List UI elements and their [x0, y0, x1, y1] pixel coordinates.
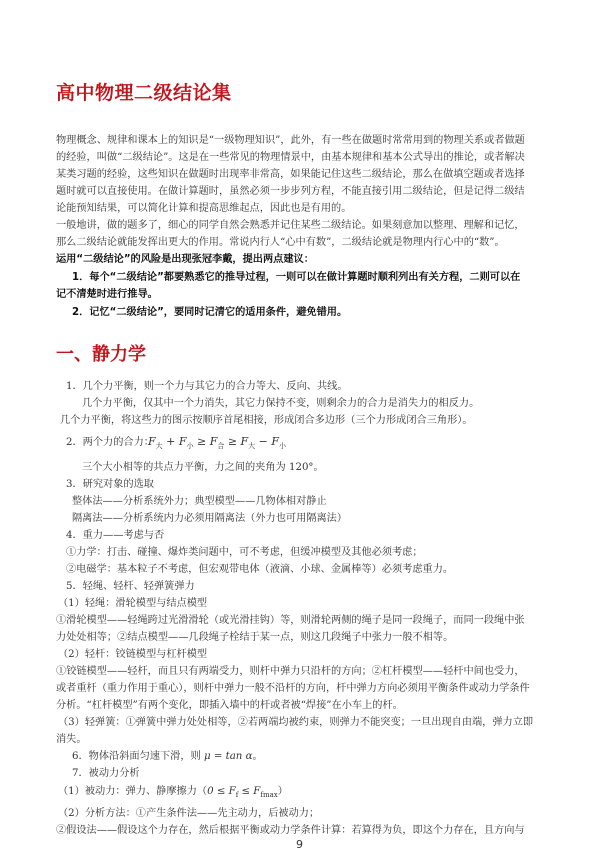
intro-line: 的经验，叫做“二级结论”。这是在一些常见的物理情景中，由基本规律和基本公式导出的…: [56, 149, 525, 166]
item-7c: （2）分析方法：①产生条件法——先主动力，后被动力；: [58, 805, 319, 822]
item-5f: ①铰链模型——轻杆，而且只有两端受力，则杆中弹力只沿杆的方向；②杠杆模型——轻杆…: [56, 663, 525, 680]
item-7a: 7．被动力分析: [72, 765, 140, 782]
advice-item: 1．每个“二级结论”都要熟悉它的推导过程，一则可以在做计算题时顺利列出有关方程，…: [72, 269, 520, 286]
intro-line: 题时就可以直接使用。在做计算题时，虽然必须一步步列方程，不能直接引用二级结论，但…: [56, 183, 525, 200]
item-7d: ②假设法——假设这个力存在，然后根据平衡或动力学条件计算：若算得为负，即这个力存…: [56, 822, 525, 839]
advice-item: 2．记忆“二级结论”，要同时记清它的适用条件，避免错用。: [72, 304, 347, 321]
item-5a: 5．轻绳、轻杆、轻弹簧弹力: [66, 578, 195, 595]
item-4c: ②电磁学：基本粒子不考虑，但宏观带电体（液滴、小球、金属棒等）必须考虑重力。: [66, 561, 453, 578]
advice-heading: 运用“二级结论”的风险是出现张冠李戴，提出两点建议：: [56, 251, 314, 268]
page-number: 9: [296, 838, 303, 848]
intro-line: 那么二级结论就能发挥出更大的作用。常说内行人“心中有数”，二级结论就是物理内行心…: [56, 234, 505, 251]
item-3c: 隔离法——分析系统内力必须用隔离法（外力也可用隔离法）: [72, 510, 347, 527]
item-7b: （1）被动力：弹力、静摩擦力（0 ≤ Ff ≤ Ffmax）: [58, 783, 288, 804]
item-4b: ①力学：打击、碰撞、爆炸类问题中，可不考虑，但缓冲模型及其他必须考虑；: [66, 544, 423, 561]
item-6: 6．物体沿斜面匀速下滑，则 μ = tan α。: [72, 748, 263, 765]
document-title: 高中物理二级结论集: [56, 78, 232, 105]
item-5i: （3）轻弹簧：①弹簧中弹力处处相等，②若两端均被约束，则弹力不能突变；一旦出现自…: [58, 714, 533, 731]
item-5h: 分析。“杠杆模型”有两个变化，即插入墙中的杆或者被“焊接”在小车上的杆。: [56, 697, 403, 714]
item-2b: 三个大小相等的共点力平衡，力之间的夹角为 120°。: [82, 459, 324, 476]
item-3a: 3．研究对象的选取: [66, 476, 154, 493]
section-title: 一、静力学: [56, 340, 146, 366]
item-6-text: 6．物体沿斜面匀速下滑，则: [72, 751, 204, 762]
intro-line: 一般地讲，做的题多了，细心的同学自然会熟悉并记住某些二级结论。如果刻意加以整理、…: [56, 217, 525, 234]
item-1b: 几个力平衡，仅其中一个力消失，其它力保持不变，则剩余力的合力是消失力的相反力。: [82, 395, 479, 412]
item-5j: 消失。: [56, 731, 87, 748]
item-5b: （1）轻绳：滑轮模型与结点模型: [58, 595, 207, 612]
item-7b-formula: 0 ≤ Ff ≤ Ffmax: [207, 786, 278, 797]
item-2-label: 2．两个力的合力：: [66, 434, 154, 451]
item-4a: 4．重力——考虑与否: [66, 527, 164, 544]
item-6-formula: μ = tan α: [204, 751, 252, 762]
item-5g: 或者重杆（重力作用于重心），则杆中弹力一般不沿杆的方向，杆中弹力方向必须用平衡条…: [56, 680, 530, 697]
advice-item-cont: 记不清楚时进行推导。: [56, 286, 158, 303]
item-5d: 力处处相等；②结点模型——几段绳子栓结于某一点，则这几段绳子中张力一般不相等。: [56, 629, 453, 646]
item-1c: 几个力平衡，将这些力的图示按顺序首尾相接，形成闭合多边形（三个力形成闭合三角形）…: [60, 412, 473, 429]
intro-line: 物理概念、规律和课本上的知识是“一级物理知识”，此外，有一些在做题时常常用到的物…: [56, 132, 525, 149]
intro-line: 某类习题的经验，这些知识在做题时出现率非常高，如果能记住这些二级结论，那么在做填…: [56, 166, 525, 183]
item-3b: 整体法——分析系统外力；典型模型——几物体相对静止: [72, 493, 327, 510]
item-5c: ①滑轮模型——轻绳跨过光滑滑轮（或光滑挂钩）等，则滑轮两侧的绳子是同一段绳子，而…: [56, 612, 525, 629]
item-5e: （2）轻杆：铰链模型与杠杆模型: [58, 646, 207, 663]
intro-line: 论能预知结果，可以简化计算和提高思维起点，因此也是有用的。: [56, 200, 351, 217]
item-2-formula: F大 + F小 ≥ F合 ≥ F大 − F小: [148, 433, 286, 455]
item-1a: 1．几个力平衡，则一个力与其它力的合力等大、反向、共线。: [66, 378, 348, 395]
